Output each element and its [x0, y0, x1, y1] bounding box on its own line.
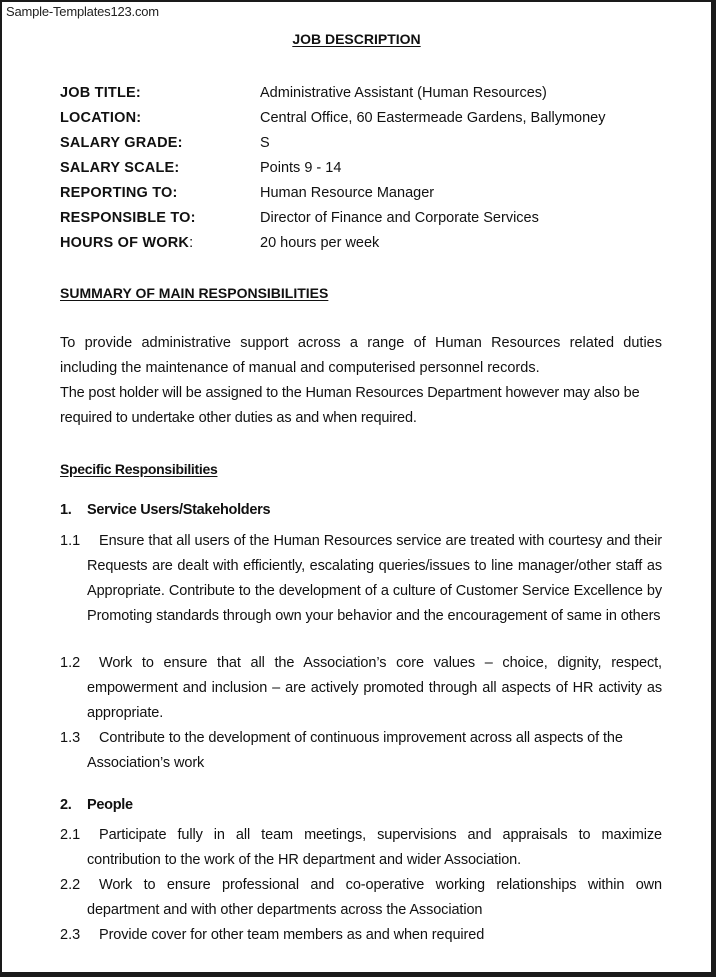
page-title: JOB DESCRIPTION — [2, 31, 711, 47]
field-value: 20 hours per week — [260, 235, 379, 251]
responsibility-item: 2.2 Work to ensure professional and co-o… — [60, 873, 662, 923]
field-label: RESPONSIBLE TO: — [60, 210, 260, 226]
field-salary-grade: SALARY GRADE: S — [60, 130, 606, 155]
field-label: SALARY GRADE: — [60, 135, 260, 151]
field-value: Central Office, 60 Eastermeade Gardens, … — [260, 110, 606, 126]
responsibility-item: 1.3 Contribute to the development of con… — [60, 726, 662, 776]
field-value: Administrative Assistant (Human Resource… — [260, 85, 547, 101]
group-title: Service Users/Stakeholders — [87, 502, 270, 518]
field-responsible-to: RESPONSIBLE TO: Director of Finance and … — [60, 205, 606, 230]
item-number: 2.1 — [60, 823, 88, 873]
field-job-title: JOB TITLE: Administrative Assistant (Hum… — [60, 80, 606, 105]
item-number: 1.1 — [60, 529, 88, 629]
field-salary-scale: SALARY SCALE: Points 9 - 14 — [60, 155, 606, 180]
item-text: Participate fully in all team meetings, … — [87, 823, 662, 873]
field-label-text: HOURS OF WORK — [60, 235, 189, 251]
item-number: 2.3 — [60, 923, 88, 948]
watermark: Sample-Templates123.com — [6, 4, 159, 19]
responsibility-item: 2.1 Participate fully in all team meetin… — [60, 823, 662, 873]
item-number: 1.3 — [60, 726, 88, 776]
document-page: Sample-Templates123.com JOB DESCRIPTION … — [0, 0, 716, 977]
field-value: Points 9 - 14 — [260, 160, 341, 176]
job-details: JOB TITLE: Administrative Assistant (Hum… — [60, 80, 606, 255]
item-text: Ensure that all users of the Human Resou… — [87, 529, 662, 629]
group-heading-service-users: 1.Service Users/Stakeholders — [60, 502, 270, 518]
field-label: HOURS OF WORK: — [60, 235, 260, 251]
field-label: REPORTING TO: — [60, 185, 260, 201]
specific-responsibilities-heading: Specific Responsibilities — [60, 461, 217, 477]
field-location: LOCATION: Central Office, 60 Eastermeade… — [60, 105, 606, 130]
field-reporting-to: REPORTING TO: Human Resource Manager — [60, 180, 606, 205]
item-number: 2.2 — [60, 873, 88, 923]
field-label: JOB TITLE: — [60, 85, 260, 101]
field-value: Human Resource Manager — [260, 185, 434, 201]
item-text: Contribute to the development of continu… — [87, 726, 662, 776]
group-heading-people: 2.People — [60, 797, 133, 813]
field-hours-of-work: HOURS OF WORK: 20 hours per week — [60, 230, 606, 255]
item-text: Work to ensure professional and co-opera… — [87, 873, 662, 923]
group-title: People — [87, 797, 133, 813]
item-number: 1.2 — [60, 651, 88, 726]
field-label: LOCATION: — [60, 110, 260, 126]
responsibility-item: 1.1 Ensure that all users of the Human R… — [60, 529, 662, 629]
item-text: Provide cover for other team members as … — [87, 923, 662, 948]
item-text: Work to ensure that all the Association’… — [87, 651, 662, 726]
field-value: Director of Finance and Corporate Servic… — [260, 210, 539, 226]
summary-paragraph: To provide administrative support across… — [60, 331, 662, 381]
responsibility-item: 2.3 Provide cover for other team members… — [60, 923, 662, 948]
group-number: 2. — [60, 797, 87, 813]
responsibility-item: 1.2 Work to ensure that all the Associat… — [60, 651, 662, 726]
field-value: S — [260, 135, 270, 151]
field-label: SALARY SCALE: — [60, 160, 260, 176]
summary-paragraph: The post holder will be assigned to the … — [60, 381, 662, 431]
summary-heading: SUMMARY OF MAIN RESPONSIBILITIES — [60, 285, 328, 301]
group-number: 1. — [60, 502, 87, 518]
field-label-colon: : — [189, 235, 193, 251]
